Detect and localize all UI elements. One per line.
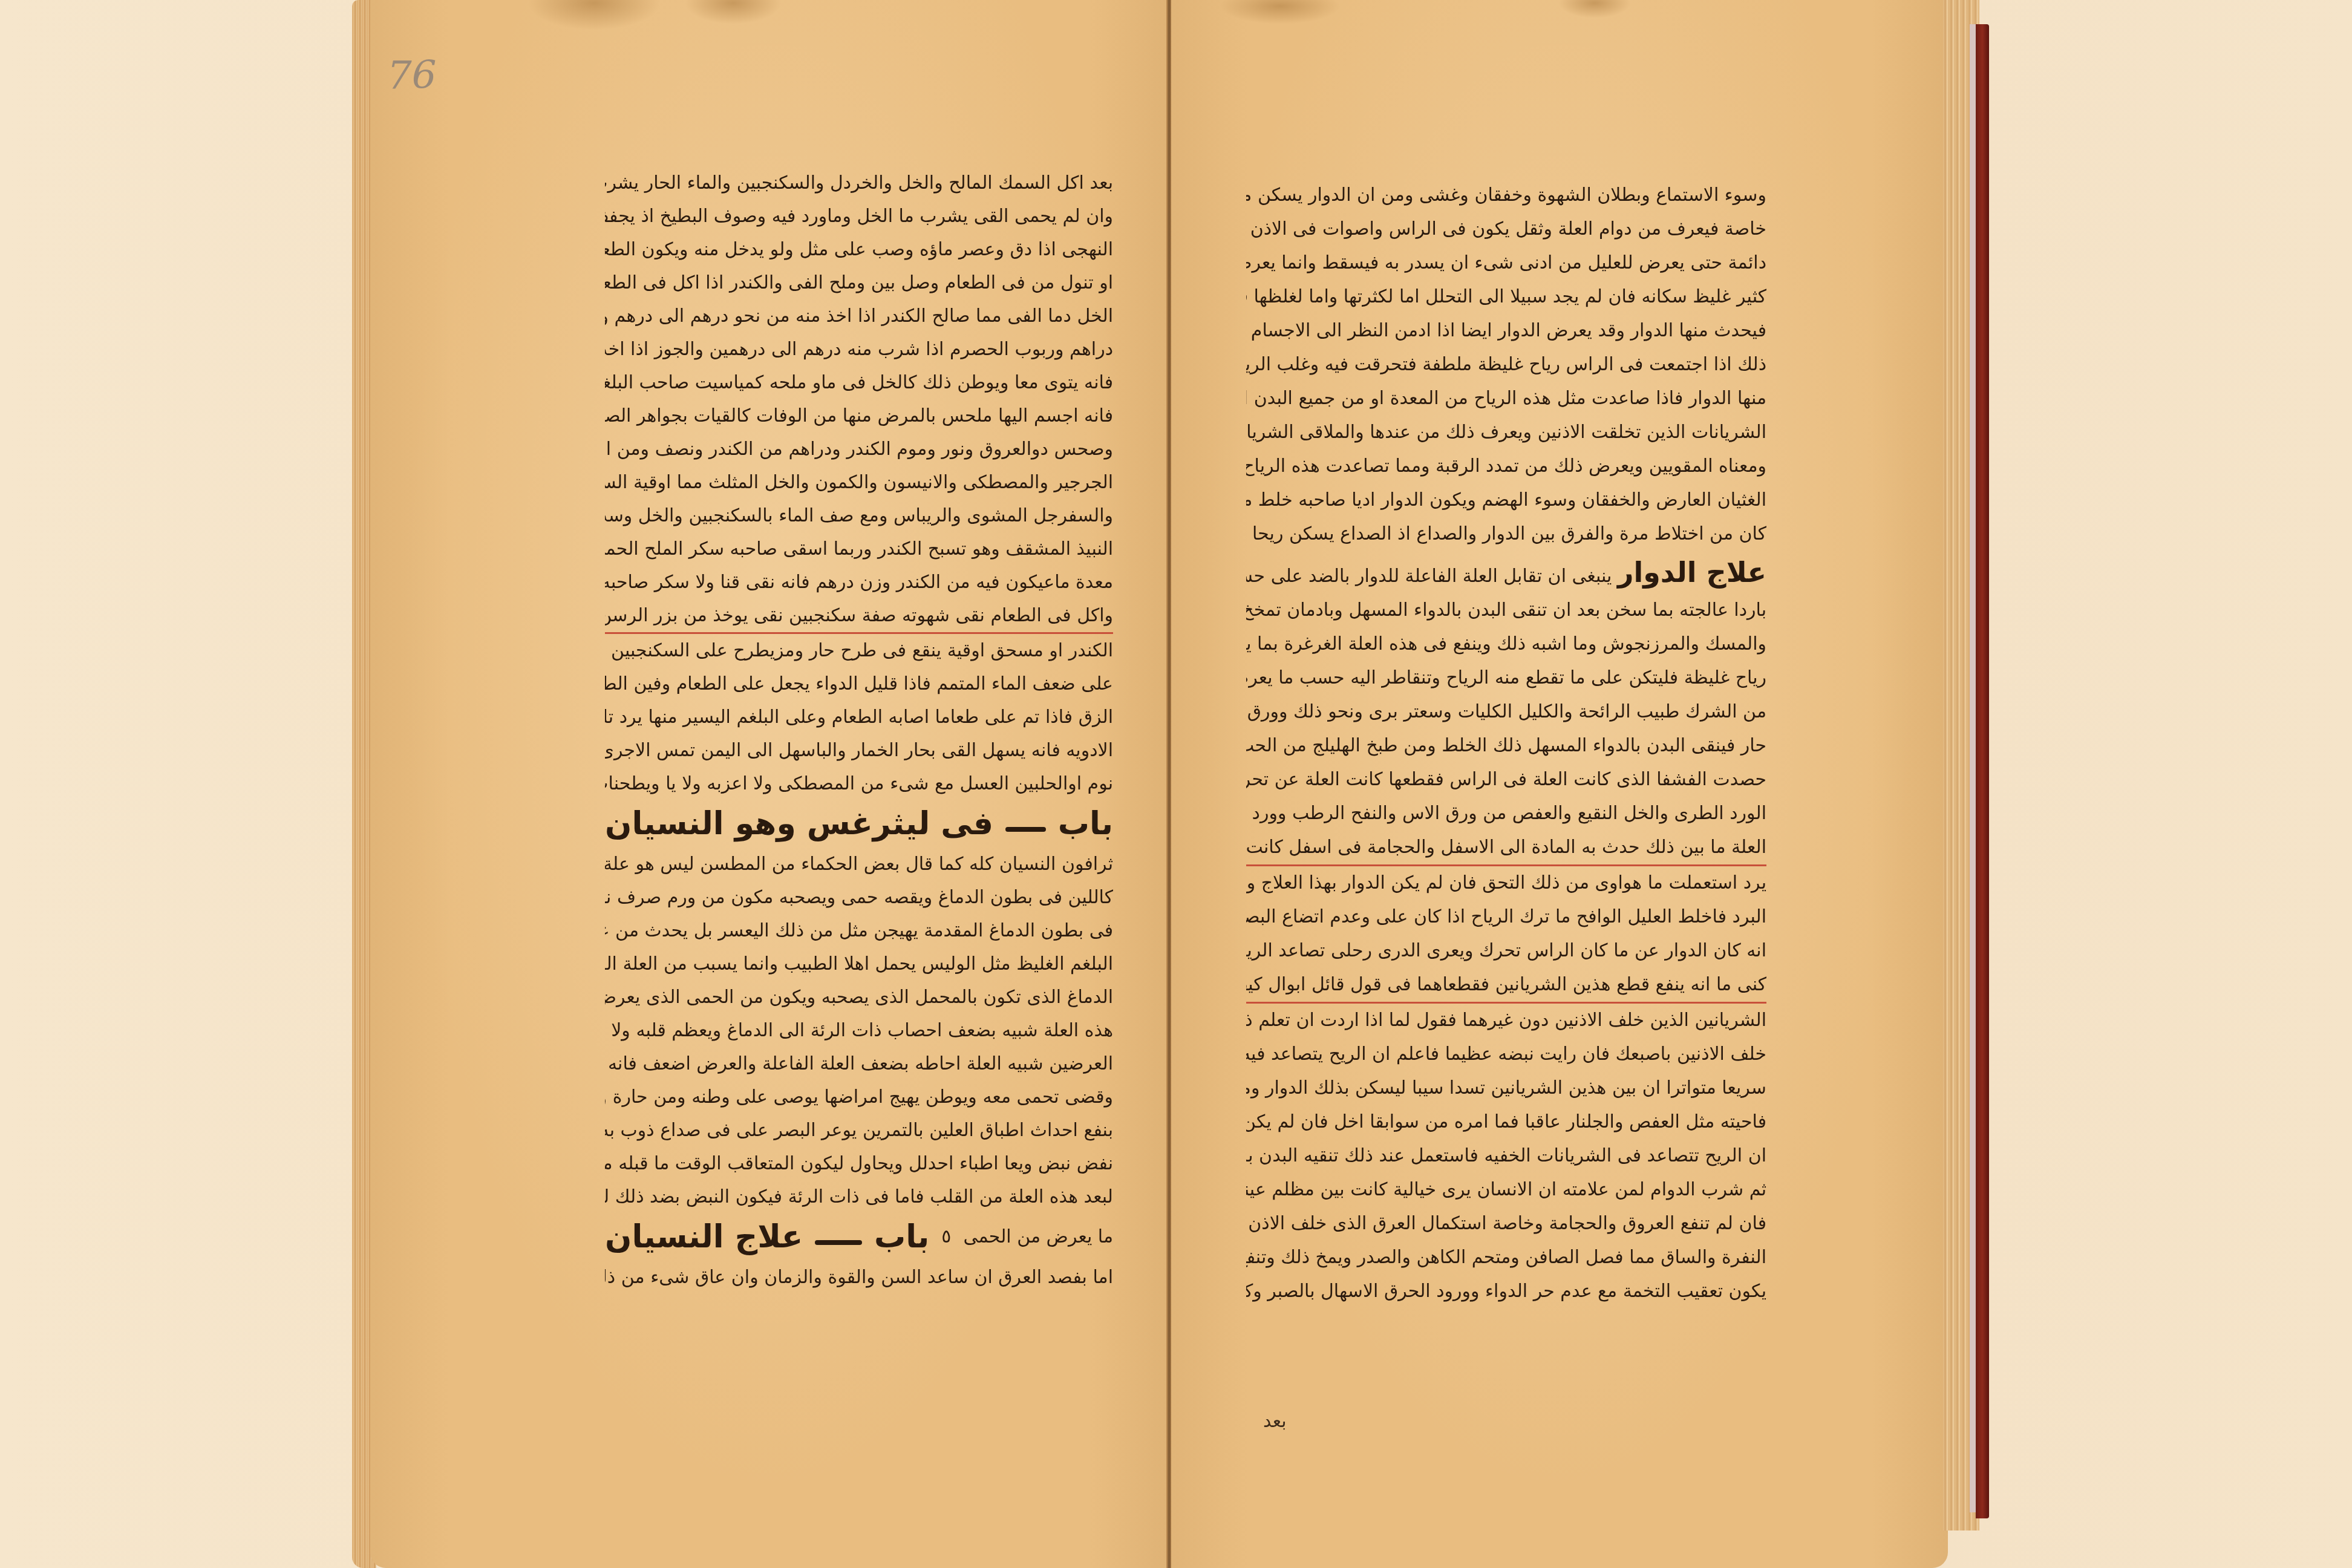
text-line: فاحيته مثل العفص والجلنار عاقبا فما امره… [1246, 1105, 1766, 1139]
text-line: الورد الطرى والخل النقيع والعفص من ورق ا… [1246, 797, 1766, 831]
heading-title: علاج النسيان [605, 1214, 803, 1261]
text-line: الغثيان العارض والخفقان وسوء الهضم ويكون… [1246, 483, 1766, 517]
text-line: النهجى اذا دق وعصر ماؤه وصب على مثل ولو … [605, 233, 1113, 266]
text-line: ثرافون النسيان كله كما قال بعض الحكماء م… [605, 848, 1113, 881]
right-text-block: وسوء الاستماع وبطلان الشهوة وخفقان وغشى … [1246, 178, 1766, 1308]
heading-prefix: ما يعرض من الحمى [963, 1214, 1113, 1261]
text-line: وقضى تحمى معه ويوطن يهيج امراضها يوصى عل… [605, 1080, 1113, 1114]
text-line: منها الدوار فاذا صاعدت مثل هذه الرياح من… [1246, 382, 1766, 416]
chapter-heading-1: باب فى ليثرغس وهو النسيان [605, 800, 1113, 848]
text-line: حار فينقى البدن بالدواء المسهل ذلك الخلط… [1246, 729, 1766, 763]
heading-title: فى ليثرغس وهو النسيان [605, 800, 993, 848]
text-line: فيحدث منها الدوار وقد يعرض الدوار ايضا ا… [1246, 314, 1766, 348]
text-line: سريعا متواترا ان بين هذين الشريانين تسدا… [1246, 1071, 1766, 1105]
text-line: كاللين فى بطون الدماغ ويقصه حمى ويصحبه م… [605, 881, 1113, 914]
text-line: باردا عالجته بما سخن بعد ان تنقى البدن ب… [1246, 593, 1766, 627]
text-line: النفرة والساق مما فصل الصافن ومتحم الكاه… [1246, 1241, 1766, 1275]
photo-background: 76 بعد اكل السمك المالح والخل والخردل وا… [0, 0, 2352, 1568]
text-line: الزق فاذا تم على طعاما اصابه الطعام وعلى… [605, 701, 1113, 734]
text-line: معدة ماعيكون فيه من الكندر وزن درهم فانه… [605, 566, 1113, 599]
catchword: بعد [1263, 1411, 1287, 1432]
kashida-stroke [1005, 827, 1046, 832]
text-line: هذه العلة شبيه بضعف احصاب ذات الرئة الى … [605, 1014, 1113, 1047]
text-line: نفض نبض ويعا اطباء احدلل ويحاول ليكون ال… [605, 1147, 1113, 1180]
stain [685, 0, 782, 24]
text-line: كان من اختلاط مرة والفرق بين الدوار والص… [1246, 517, 1766, 551]
text-line: او تنول من فى الطعام وصل بين وملح الفى و… [605, 266, 1113, 299]
text-line: الادويه فانه يسهل القى بحار الخمار والبا… [605, 734, 1113, 767]
text-line: بعد اكل السمك المالح والخل والخردل والسك… [605, 166, 1113, 200]
text-line: اما بفصد العرق ان ساعد السن والقوة والزم… [605, 1261, 1113, 1294]
stain [1220, 0, 1341, 24]
text-line: الجرجير والمصطكى والانيسون والكمون والخل… [605, 466, 1113, 499]
text-line: من الشرك طبيب الرائحة والكليل الكليات وس… [1246, 695, 1766, 729]
text-line: العرضين شبيه العلة احاطه بضعف العلة الفا… [605, 1047, 1113, 1080]
section-heading-line: علاج الدوار ينبغى ان تقابل العلة الفاعلة… [1246, 551, 1766, 593]
text-line: والمسك والمرزنجوش وما اشبه ذلك وينفع فى … [1246, 627, 1766, 661]
text-line: كثير غليظ سكانه فان لم يجد سبيلا الى الت… [1246, 280, 1766, 314]
section-heading-ilaj-al-dawar: علاج الدوار [1618, 556, 1766, 589]
kashida-stroke [815, 1240, 862, 1245]
text-line: الخل دما الفى مما صالح الكندر اذا اخذ من… [605, 299, 1113, 333]
left-text-block: بعد اكل السمك المالح والخل والخردل والسك… [605, 166, 1113, 1294]
text-line: خاصة فيعرف من دوام العلة وثقل يكون فى ال… [1246, 212, 1766, 246]
text-line: العلة ما بين ذلك حدث به المادة الى الاسف… [1246, 831, 1766, 866]
text-line: لبعد هذه العلة من القلب فاما فى ذات الرئ… [605, 1180, 1113, 1214]
text-line: بنفع احداث اطباق العلين بالتمرين يوعر ال… [605, 1114, 1113, 1147]
text-line: الشريانات الذين تخلقت الاذنين ويعرف ذلك … [1246, 416, 1766, 449]
stain [528, 0, 661, 30]
text-line: الدماغ الذى تكون بالمحمل الذى يصحبه ويكو… [605, 981, 1113, 1014]
text-line: يرد استعملت ما هواوى من ذلك التحق فان لم… [1246, 866, 1766, 900]
text-line: فان لم تنفع العروق والحجامة وخاصة استكما… [1246, 1207, 1766, 1241]
text-line: فى بطون الدماغ المقدمة يهيجن مثل من ذلك … [605, 914, 1113, 947]
text-line: فانه يتوى معا ويوطن ذلك كالخل فى ماو ملح… [605, 366, 1113, 399]
folio-number: 76 [387, 53, 436, 98]
text-line: فانه اجسم اليها ملحس بالمرض منها من الوف… [605, 399, 1113, 433]
text-line: دائمة حتى يعرض للعليل من ادنى شىء ان يسد… [1246, 246, 1766, 280]
text-line: حصدت الفشفا الذى كانت العلة فى الراس فقط… [1246, 763, 1766, 797]
heading-word-bab: باب [1058, 800, 1113, 848]
text-line: انه كان الدوار عن ما كان الراس تحرك ويعر… [1246, 934, 1766, 968]
text-line: والسفرجل المشوى والريباس ومع صف الماء با… [605, 499, 1113, 532]
text-line: رياح غليظة فليتكن على ما تقطع منه الرياح… [1246, 661, 1766, 695]
text-line: دراهم وربوب الحصرم اذا شرب منه درهم الى … [605, 333, 1113, 366]
text-line: البلغم الغليظ مثل الوليس يحمل اهلا الطبي… [605, 947, 1113, 981]
chapter-heading-2: ما يعرض من الحمى ٥ باب علاج النسيان [605, 1214, 1113, 1261]
text-line: الشريانين الذين خلف الاذنين دون غيرهما ف… [1246, 1004, 1766, 1037]
text-line: وسوء الاستماع وبطلان الشهوة وخفقان وغشى … [1246, 178, 1766, 212]
text-line: خلف الاذنين باصبعك فان رايت نبضه عظيما ف… [1246, 1037, 1766, 1071]
text-line: واكل فى الطعام نقى شهوته صفة سكنجبين نقى… [605, 599, 1113, 634]
text-line: وان لم يحمى القى يشرب ما الخل وماورد فيه… [605, 200, 1113, 233]
text-line: ومعناه المقويين ويعرض ذلك من تمدد الرقبة… [1246, 449, 1766, 483]
text-line: الكندر او مسحق اوقية ينقع فى طرح حار ومز… [605, 634, 1113, 667]
red-leather-cover [1976, 24, 1989, 1518]
text-line: على ضعف الماء المتمم فاذا قليل الدواء يج… [605, 667, 1113, 701]
heading-word-bab: باب [874, 1214, 929, 1261]
marginal-mark: ٥ [941, 1214, 951, 1261]
heading-continuation: ينبغى ان تقابل العلة الفاعلة للدوار بالض… [1246, 566, 1612, 587]
text-line: ان الريح تتصاعد فى الشريانات الخفيه فاست… [1246, 1139, 1766, 1173]
text-line: كنى ما انه ينفع قطع هذين الشريانين فقطعا… [1246, 968, 1766, 1004]
text-line: نوم اوالحلبين العسل مع شىء من المصطكى ول… [605, 767, 1113, 800]
text-line: ذلك اذا اجتمعت فى الراس رياح غليظة ملطفة… [1246, 348, 1766, 382]
stain [1558, 0, 1631, 18]
text-line: النبيذ المشقف وهو تسبح الكندر وربما اسقى… [605, 532, 1113, 566]
text-line: ثم شرب الدوام لمن علامته ان الانسان يرى … [1246, 1173, 1766, 1207]
text-line: البرد فاخلط العليل الوافح ما ترك الرياح … [1246, 900, 1766, 934]
text-line: وصحس دوالعروق ونور وموم الكندر ودراهم من… [605, 433, 1113, 466]
text-line: يكون تعقيب التخمة مع عدم حر الدواء وورود… [1246, 1275, 1766, 1308]
